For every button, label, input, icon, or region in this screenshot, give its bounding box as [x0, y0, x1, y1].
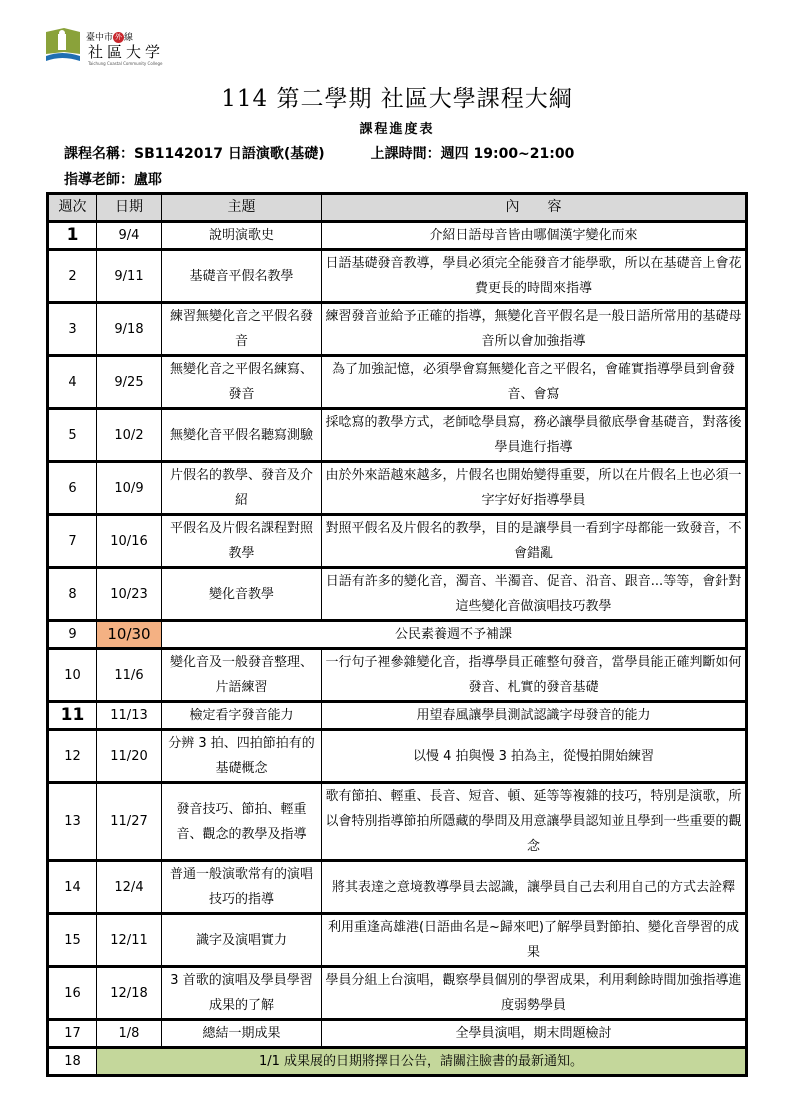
week-cell: 5: [48, 409, 97, 462]
content-cell: 介紹日語母音皆由哪個漢字變化而來: [322, 222, 747, 250]
content-cell: 歌有節拍、輕重、長音、短音、頓、延等等複雜的技巧，特別是演歌，所以會特別指導節拍…: [322, 783, 747, 861]
week-cell: 14: [48, 861, 97, 914]
week-cell: 9: [48, 621, 97, 649]
class-time: 上課時間：週四 19:00~21:00: [371, 146, 575, 162]
teacher-info: 指導老師：盧耶: [64, 169, 162, 189]
week-cell: 8: [48, 568, 97, 621]
logo-mark-icon: [44, 28, 82, 64]
table-row: 10 11/6 變化音及一般發音整理、片語練習 一行句子裡參雜變化音，指導學員正…: [48, 649, 747, 702]
table-row: 1 9/4 說明演歌史 介紹日語母音皆由哪個漢字變化而來: [48, 222, 747, 250]
week-cell: 4: [48, 356, 97, 409]
table-row: 16 12/18 3 首歌的演唱及學員學習成果的了解 學員分組上台演唱，觀察學員…: [48, 967, 747, 1020]
table-row: 4 9/25 無變化音之平假名練寫、發音 為了加強記憶，必須學會寫無變化音之平假…: [48, 356, 747, 409]
topic-cell: 檢定看字發音能力: [162, 702, 322, 730]
table-row: 14 12/4 普通一般演歌常有的演唱技巧的指導 將其表達之意境教導學員去認識，…: [48, 861, 747, 914]
content-cell: 學員分組上台演唱，觀察學員個別的學習成果，利用剩餘時間加強指導進度弱勢學員: [322, 967, 747, 1020]
week-cell: 3: [48, 303, 97, 356]
week-cell: 10: [48, 649, 97, 702]
date-cell: 10/16: [97, 515, 162, 568]
content-cell: 採唸寫的教學方式，老師唸學員寫，務必讓學員徹底學會基礎音，對落後學員進行指導: [322, 409, 747, 462]
week-cell: 7: [48, 515, 97, 568]
content-cell: 由於外來語越來越多，片假名也開始變得重要，所以在片假名上也必須一字字好好指導學員: [322, 462, 747, 515]
course-info: 課程名稱：SB1142017 日語演歌(基礎)上課時間：週四 19:00~21:…: [64, 143, 574, 163]
week-cell: 13: [48, 783, 97, 861]
column-header-date: 日期: [97, 194, 162, 222]
week-cell: 16: [48, 967, 97, 1020]
week-cell: 2: [48, 250, 97, 303]
date-cell: 9/11: [97, 250, 162, 303]
date-cell-highlighted: 10/30: [97, 621, 162, 649]
content-cell: 全學員演唱，期末問題檢討: [322, 1020, 747, 1048]
date-cell: 10/23: [97, 568, 162, 621]
content-cell: 以慢 4 拍與慢 3 拍為主，從慢拍開始練習: [322, 730, 747, 783]
table-row: 12 11/20 分辨 3 拍、四拍節拍有的基礎概念 以慢 4 拍與慢 3 拍為…: [48, 730, 747, 783]
date-cell: 12/4: [97, 861, 162, 914]
college-logo: 臺中市外埔線 社區大学 Taichung Coastal Community C…: [44, 28, 194, 68]
week-cell: 18: [48, 1048, 97, 1076]
date-cell: 1/8: [97, 1020, 162, 1048]
date-cell: 12/11: [97, 914, 162, 967]
topic-cell: 分辨 3 拍、四拍節拍有的基礎概念: [162, 730, 322, 783]
topic-cell: 說明演歌史: [162, 222, 322, 250]
content-cell: 用望春風讓學員測試認識字母發音的能力: [322, 702, 747, 730]
date-cell: 10/2: [97, 409, 162, 462]
topic-cell: 變化音及一般發音整理、片語練習: [162, 649, 322, 702]
course-name: 課程名稱：SB1142017 日語演歌(基礎): [64, 146, 325, 162]
week-cell: 17: [48, 1020, 97, 1048]
week-cell: 12: [48, 730, 97, 783]
topic-cell: 無變化音平假名聽寫測驗: [162, 409, 322, 462]
date-cell: 10/9: [97, 462, 162, 515]
content-cell: 對照平假名及片假名的教學，目的是讓學員一看到字母都能一致發音，不會錯亂: [322, 515, 747, 568]
table-row: 6 10/9 片假名的教學、發音及介紹 由於外來語越來越多，片假名也開始變得重要…: [48, 462, 747, 515]
date-cell: 11/13: [97, 702, 162, 730]
table-row-holiday: 9 10/30 公民素養週不予補課: [48, 621, 747, 649]
topic-cell: 平假名及片假名課程對照教學: [162, 515, 322, 568]
date-cell: 9/4: [97, 222, 162, 250]
content-cell: 日語有許多的變化音，濁音、半濁音、促音、沿音、跟音...等等，會針對這些變化音做…: [322, 568, 747, 621]
topic-cell: 練習無變化音之平假名發音: [162, 303, 322, 356]
topic-cell: 基礎音平假名教學: [162, 250, 322, 303]
table-row-final: 18 1/1 成果展的日期將擇日公告，請關注臉書的最新通知。: [48, 1048, 747, 1076]
column-header-topic: 主題: [162, 194, 322, 222]
topic-cell: 總結一期成果: [162, 1020, 322, 1048]
table-row: 5 10/2 無變化音平假名聽寫測驗 採唸寫的教學方式，老師唸學員寫，務必讓學員…: [48, 409, 747, 462]
topic-cell: 片假名的教學、發音及介紹: [162, 462, 322, 515]
date-cell: 11/6: [97, 649, 162, 702]
topic-cell: 無變化音之平假名練寫、發音: [162, 356, 322, 409]
content-cell: 練習發音並給予正確的指導，無變化音平假名是一般日語所常用的基礎母音所以會加強指導: [322, 303, 747, 356]
schedule-table: 週次 日期 主題 內 容 1 9/4 說明演歌史 介紹日語母音皆由哪個漢字變化而…: [46, 192, 748, 1077]
content-cell: 將其表達之意境教導學員去認識，讓學員自己去利用自己的方式去詮釋: [322, 861, 747, 914]
table-row: 11 11/13 檢定看字發音能力 用望春風讓學員測試認識字母發音的能力: [48, 702, 747, 730]
holiday-notice-cell: 公民素養週不予補課: [162, 621, 747, 649]
column-header-week: 週次: [48, 194, 97, 222]
topic-cell: 發音技巧、節拍、輕重音、觀念的教學及指導: [162, 783, 322, 861]
week-cell: 1: [48, 222, 97, 250]
topic-cell: 3 首歌的演唱及學員學習成果的了解: [162, 967, 322, 1020]
exhibition-notice-cell: 1/1 成果展的日期將擇日公告，請關注臉書的最新通知。: [97, 1048, 747, 1076]
topic-cell: 識字及演唱實力: [162, 914, 322, 967]
page-title: 114 第二學期 社區大學課程大綱: [0, 80, 794, 113]
column-header-content: 內 容: [322, 194, 747, 222]
date-cell: 12/18: [97, 967, 162, 1020]
page-subtitle: 課程進度表: [0, 118, 794, 137]
content-cell: 利用重逢高雄港(日語曲名是~歸來吧)了解學員對節拍、變化音學習的成果: [322, 914, 747, 967]
table-row: 13 11/27 發音技巧、節拍、輕重音、觀念的教學及指導 歌有節拍、輕重、長音…: [48, 783, 747, 861]
content-cell: 為了加強記憶，必須學會寫無變化音之平假名，會確實指導學員到會發音、會寫: [322, 356, 747, 409]
table-row: 2 9/11 基礎音平假名教學 日語基礎發音教導，學員必須完全能發音才能學歌，所…: [48, 250, 747, 303]
logo-english: Taichung Coastal Community College: [88, 61, 162, 66]
logo-name: 社區大学: [88, 41, 164, 62]
date-cell: 9/18: [97, 303, 162, 356]
date-cell: 11/20: [97, 730, 162, 783]
content-cell: 一行句子裡參雜變化音，指導學員正確整句發音，當學員能正確判斷如何發音、札實的發音…: [322, 649, 747, 702]
table-row: 15 12/11 識字及演唱實力 利用重逢高雄港(日語曲名是~歸來吧)了解學員對…: [48, 914, 747, 967]
week-cell: 15: [48, 914, 97, 967]
topic-cell: 變化音教學: [162, 568, 322, 621]
table-row: 17 1/8 總結一期成果 全學員演唱，期末問題檢討: [48, 1020, 747, 1048]
table-header-row: 週次 日期 主題 內 容: [48, 194, 747, 222]
table-row: 7 10/16 平假名及片假名課程對照教學 對照平假名及片假名的教學，目的是讓學…: [48, 515, 747, 568]
date-cell: 9/25: [97, 356, 162, 409]
date-cell: 11/27: [97, 783, 162, 861]
table-row: 3 9/18 練習無變化音之平假名發音 練習發音並給予正確的指導，無變化音平假名…: [48, 303, 747, 356]
content-cell: 日語基礎發音教導，學員必須完全能發音才能學歌，所以在基礎音上會花費更長的時間來指…: [322, 250, 747, 303]
table-row: 8 10/23 變化音教學 日語有許多的變化音，濁音、半濁音、促音、沿音、跟音.…: [48, 568, 747, 621]
week-cell: 11: [48, 702, 97, 730]
topic-cell: 普通一般演歌常有的演唱技巧的指導: [162, 861, 322, 914]
week-cell: 6: [48, 462, 97, 515]
